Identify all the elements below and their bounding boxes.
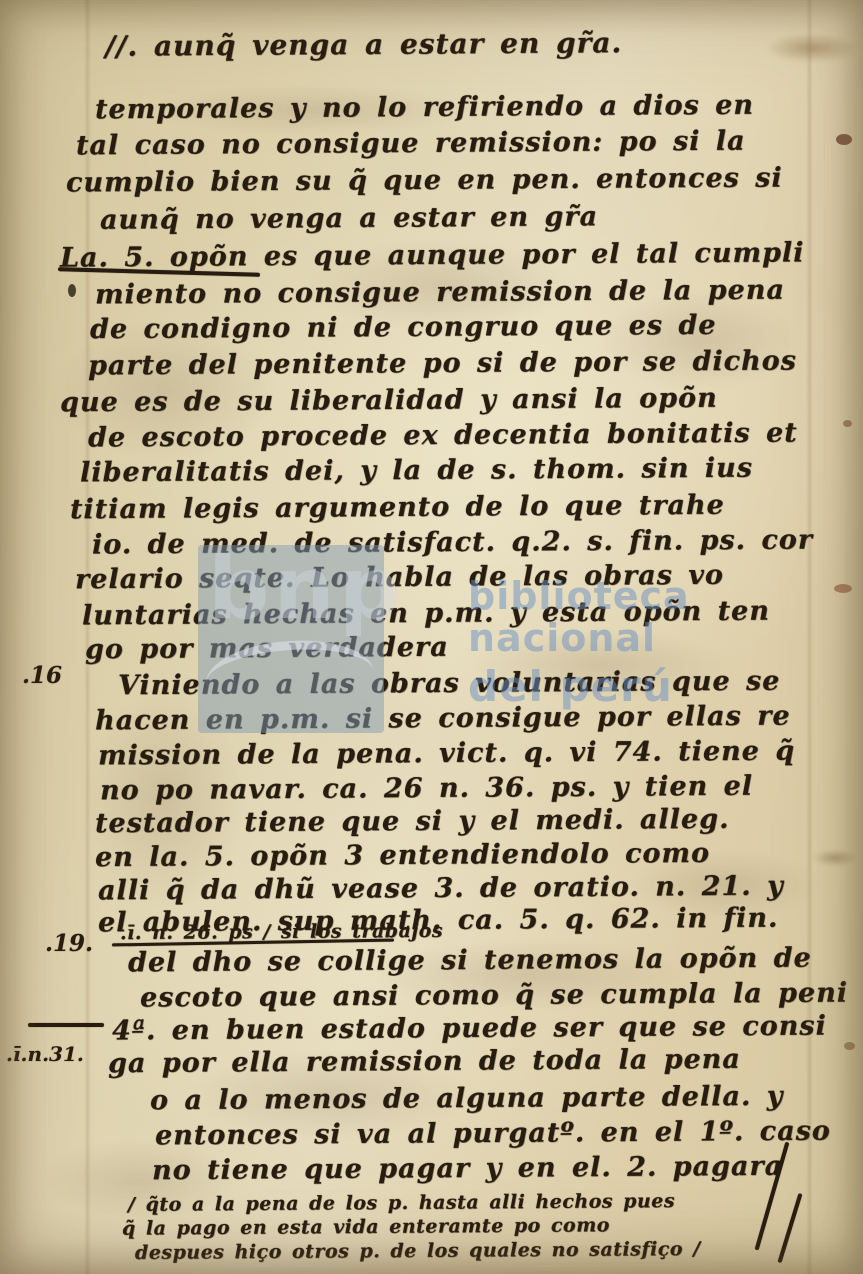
faded-edge-mark — [814, 850, 856, 866]
margin-note-16: .16 — [22, 662, 62, 689]
manuscript-line: no tiene que pagar y en el. 2. pagara — [152, 1151, 783, 1186]
manuscript-line: liberalitatis dei, y la de s. thom. sin … — [80, 453, 753, 489]
manuscript-line: de condigno ni de congruo que es de — [90, 310, 717, 345]
manuscript-line: Viniendo a las obras voluntarias que se — [118, 666, 781, 702]
manuscript-line: cumplio bien su q̃ que en pen. entonces … — [66, 162, 783, 198]
manuscript-line: tal caso no consigue remission: po si la — [76, 126, 746, 162]
manuscript-line: de escoto procede ex decentia bonitatis … — [88, 418, 798, 454]
manuscript-line: io. de med. de satisfact. q.2. s. fin. p… — [92, 524, 813, 560]
manuscript-line: o a lo menos de alguna parte della. y — [150, 1081, 784, 1116]
page-edge-crease-right — [806, 0, 813, 1274]
manuscript-line: 4ª. en buen estado puede ser que se cons… — [112, 1011, 827, 1047]
speck — [844, 1042, 855, 1050]
manuscript-line: no po navar. ca. 26 n. 36. ps. y tien el — [100, 771, 753, 807]
manuscript-line: escoto que ansi como q̃ se cumpla la pen… — [140, 978, 848, 1014]
manuscript-line: aunq̃ no venga a estar en gr̃a — [100, 201, 598, 235]
manuscript-line: hacen en p.m. si se consigue por ellas r… — [95, 701, 791, 737]
manuscript-line: testador tiene que si y el medi. alleg. — [95, 804, 730, 839]
manuscript-line: en la. 5. opõn 3 entendiendolo como — [95, 838, 710, 873]
manuscript-line: ga por ella remission de toda la pena — [108, 1044, 741, 1079]
manuscript-line: miento no consigue remission de la pena — [95, 275, 785, 311]
speck — [834, 584, 852, 593]
manuscript-line: temporales y no lo refiriendo a dios en — [95, 90, 754, 126]
speck — [843, 420, 852, 427]
manuscript-line: alli q̃ da dhũ vease 3. de oratio. n. 21… — [98, 871, 784, 907]
manuscript-line: que es de su liberalidad y ansi la opõn — [60, 383, 718, 419]
manuscript-line: titiam legis argumento de lo que trahe — [70, 490, 725, 526]
manuscript-line: del dho se collige si tenemos la opõn de — [128, 943, 812, 979]
margin-note-19: .19. — [45, 930, 93, 957]
manuscript-line: relario seqte. Lo habla de las obras vo — [75, 560, 724, 596]
manuscript-line: go por mas verdadera — [85, 632, 449, 666]
manuscript-line: despues hiço otros p. de los quales no s… — [135, 1238, 701, 1264]
speck — [836, 134, 852, 145]
manuscript-line: luntarias hechas en p.m. y esta opõn ten — [82, 596, 770, 632]
manuscript-line: / q̃to a la pena de los p. hasta alli he… — [128, 1190, 675, 1216]
manuscript-line: entonces si va al purgatº. en el 1º. cas… — [155, 1116, 831, 1152]
manuscript-heading: //. aunq̃ venga a estar en gr̃a. — [105, 26, 622, 63]
manuscript-line: mission de la pena. vict. q. vi 74. tien… — [98, 736, 795, 772]
faded-corner-mark — [768, 34, 856, 62]
manuscript-line: La. 5. opõn es que aunque por el tal cum… — [60, 237, 805, 273]
margin-dash — [28, 1023, 104, 1027]
speck — [68, 284, 76, 297]
margin-note-31: .ī.n.31. — [6, 1042, 84, 1066]
manuscript-line: parte del penitente po si de por se dich… — [88, 346, 797, 382]
manuscript-page: //. aunq̃ venga a estar en gr̃a. tempora… — [0, 0, 863, 1274]
manuscript-line: q̃ la pago en esta vida enteramte po com… — [122, 1214, 610, 1239]
ink-slash-stroke — [778, 1193, 802, 1263]
